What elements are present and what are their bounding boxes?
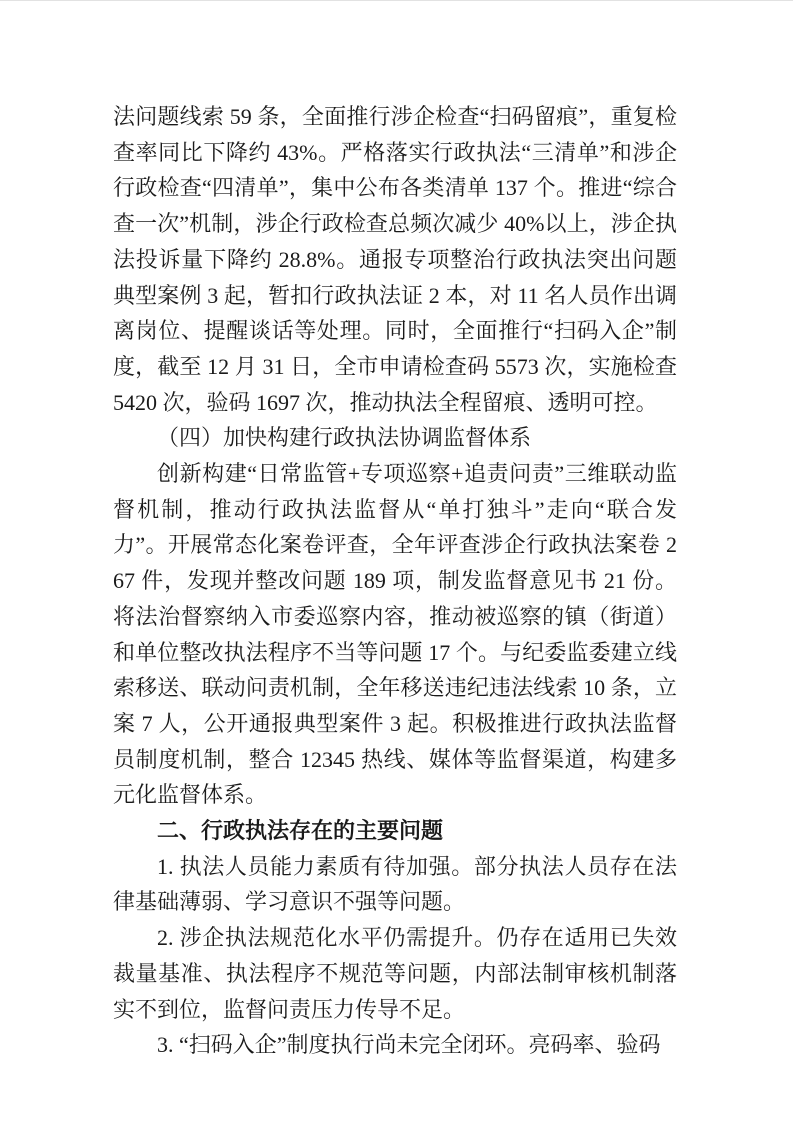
paragraph-supervision-system: 创新构建“日常监管+专项巡察+追责问责”三维联动监督机制，推动行政执法监督从“单… [113, 456, 677, 813]
part-two-heading: 二、行政执法存在的主要问题 [113, 813, 677, 849]
paragraph-problem-1: 1. 执法人员能力素质有待加强。部分执法人员存在法律基础薄弱、学习意识不强等问题… [113, 849, 677, 920]
paragraph-carryover: 法问题线索 59 条，全面推行涉企检查“扫码留痕”，重复检查率同比下降约 43%… [113, 99, 677, 420]
document-page: 法问题线索 59 条，全面推行涉企检查“扫码留痕”，重复检查率同比下降约 43%… [0, 0, 793, 1122]
paragraph-problem-3: 3. “扫码入企”制度执行尚未完全闭环。亮码率、验码 [113, 1027, 677, 1063]
document-text-block: 法问题线索 59 条，全面推行涉企检查“扫码留痕”，重复检查率同比下降约 43%… [113, 99, 677, 1063]
subsection-heading-four: （四）加快构建行政执法协调监督体系 [113, 420, 677, 456]
paragraph-problem-2: 2. 涉企执法规范化水平仍需提升。仍存在适用已失效裁量基准、执法程序不规范等问题… [113, 920, 677, 1027]
